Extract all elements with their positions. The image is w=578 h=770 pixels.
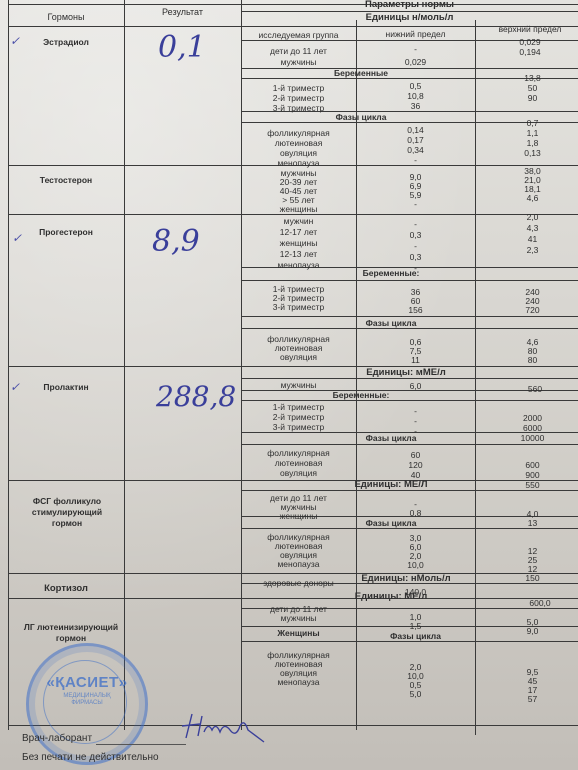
lower-value: 0,14 — [356, 125, 475, 135]
doctor-label: Врач-лаборант — [22, 733, 92, 744]
stamp-sub1: МЕДИЦИНАЛЫҚ — [63, 693, 110, 699]
group-label: женщины — [241, 204, 356, 214]
row-line — [241, 316, 578, 317]
group-label: лютеиновая — [241, 458, 356, 468]
section-title: Фазы цикла — [356, 631, 475, 641]
row-line — [241, 490, 578, 491]
group-label: мужчины — [241, 380, 356, 390]
upper-value: 41 — [475, 234, 578, 244]
result-prolactin: 288,8 — [156, 380, 236, 413]
upper-value: 90 — [475, 93, 578, 103]
group-label: мужчины — [241, 613, 356, 623]
upper-value: 9,0 — [475, 626, 578, 636]
upper-value: 0,7 — [475, 118, 578, 128]
lower-value: 156 — [356, 305, 475, 315]
units-header: Единицы: мМЕ/л — [241, 368, 571, 378]
lower-value: 0,34 — [356, 145, 475, 155]
lower-value: - — [356, 416, 475, 426]
group-label: менопауза — [241, 677, 356, 687]
result-progesterone: 8,9 — [152, 224, 200, 259]
group-label: овуляция — [241, 468, 356, 478]
group-label: менопауза — [241, 260, 356, 270]
lower-value: 10,0 — [356, 560, 475, 570]
group-label: лютеиновая — [241, 138, 356, 148]
group-label: 3-й триместр — [241, 422, 356, 432]
lower-value: - — [356, 44, 475, 54]
column-header-result: Результат — [124, 7, 241, 17]
group-label: 2-й триместр — [241, 412, 356, 422]
lower-value: 40 — [356, 470, 475, 480]
column-header-group: исследуемая группа — [241, 30, 356, 40]
clinic-stamp: «ҚАСИЕТ» МЕДИЦИНАЛЫҚФИРМАСЫ — [26, 643, 148, 765]
hormone-lh: ЛГ лютеинизирующий гормон — [18, 622, 124, 644]
section-title: Фазы цикла — [241, 318, 541, 328]
group-label: мужчины — [241, 57, 356, 67]
group-label: менопауза — [241, 559, 356, 569]
lower-value: 5,0 — [356, 689, 475, 699]
lower-value: 11 — [356, 355, 475, 365]
hormone-prolactin: Пролактин — [8, 382, 124, 392]
lower-value: 60 — [356, 450, 475, 460]
lower-value: - — [356, 263, 475, 273]
units-header: Единицы: МЕ/л — [241, 592, 541, 602]
row-line — [241, 528, 578, 529]
upper-value: 0,13 — [475, 148, 578, 158]
section-title: Беременные: — [241, 390, 481, 400]
upper-value: 1,8 — [475, 138, 578, 148]
upper-value: 80 — [475, 355, 578, 365]
group-label: фолликулярная — [241, 448, 356, 458]
lower-value: 0,029 — [356, 57, 475, 67]
lower-value: 10,8 — [356, 91, 475, 101]
upper-value: 720 — [475, 305, 578, 315]
group-label: 12-13 лет — [241, 249, 356, 259]
hormone-fsh: ФСГ фолликуло стимулирующий гормон — [22, 496, 112, 529]
group-label: 2-й триместр — [241, 93, 356, 103]
doctor-signature — [178, 708, 268, 748]
row-line — [241, 328, 578, 329]
group-label: 3-й триместр — [241, 103, 356, 113]
lower-value: 1,5 — [356, 621, 475, 631]
lower-value: 0,8 — [356, 508, 475, 518]
result-estradiol: 0,1 — [158, 30, 206, 65]
upper-value: 0,194 — [475, 47, 578, 57]
lower-value: 0,3 — [356, 230, 475, 240]
section-title: Фазы цикла — [241, 112, 481, 122]
validity-note: Без печати не действительно — [22, 752, 159, 763]
units-nmol-header: Единицы н/моль/л — [241, 13, 578, 23]
row-line — [241, 444, 578, 445]
upper-value: 560 — [475, 384, 578, 394]
upper-value: 2000 — [475, 413, 578, 423]
group-label: 1-й триместр — [241, 83, 356, 93]
lower-value: 0,3 — [356, 252, 475, 262]
hormone-testosterone: Тестостерон — [8, 175, 124, 185]
upper-value: 13 — [475, 518, 578, 528]
group-label: 3-й триместр — [241, 302, 356, 312]
upper-value: 150 — [475, 573, 578, 583]
upper-value: 0,029 — [475, 37, 578, 47]
hormone-cortisol: Кортизол — [8, 584, 124, 594]
group-label: здоровые доноры — [241, 578, 356, 588]
lower-value: 0,5 — [356, 81, 475, 91]
group-label: дети до 11 лет — [241, 46, 356, 56]
lower-value: 120 — [356, 460, 475, 470]
column-header-hormones: Гормоны — [8, 12, 124, 22]
group-label: менопауза — [241, 158, 356, 168]
upper-value: 4,3 — [475, 223, 578, 233]
group-label: женщины — [241, 238, 356, 248]
group-label: мужчин — [241, 216, 356, 226]
upper-value: 6000 — [475, 423, 578, 433]
column-header-upper: верхний предел — [475, 24, 578, 34]
upper-value: 900 — [475, 470, 578, 480]
lower-value: - — [356, 199, 475, 209]
upper-value: 13,8 — [475, 73, 578, 83]
group-label: женщины — [241, 511, 356, 521]
group-label: 1-й триместр — [241, 402, 356, 412]
lower-value: - — [356, 426, 475, 436]
lower-value: - — [356, 406, 475, 416]
lower-value: - — [356, 241, 475, 251]
stamp-sub2: ФИРМАСЫ — [71, 700, 102, 706]
group-label: фолликулярная — [241, 128, 356, 138]
row-line — [241, 280, 578, 281]
lower-value: - — [356, 219, 475, 229]
group-label: овуляция — [241, 352, 356, 362]
group-label: 12-17 лет — [241, 227, 356, 237]
group-label: Женщины — [241, 628, 356, 638]
signature-line — [96, 744, 186, 745]
upper-value: 2,3 — [475, 245, 578, 255]
lower-value: 36 — [356, 101, 475, 111]
lower-value: 0,17 — [356, 135, 475, 145]
upper-value: 1,1 — [475, 128, 578, 138]
norm-params-title: Параметры нормы — [241, 0, 578, 10]
group-label: овуляция — [241, 148, 356, 158]
upper-value: 10000 — [475, 433, 578, 443]
upper-value: 50 — [475, 83, 578, 93]
section-title: Беременные — [241, 68, 481, 78]
row-line — [241, 400, 578, 401]
upper-value: 550 — [475, 480, 578, 490]
upper-value: 2,0 — [475, 212, 578, 222]
column-divider-hormones — [124, 0, 125, 730]
column-header-lower: нижний предел — [356, 29, 475, 39]
stamp-subtitle: МЕДИЦИНАЛЫҚФИРМАСЫ — [29, 693, 145, 707]
hormone-estradiol: Эстрадиол — [8, 37, 124, 47]
upper-value: 57 — [475, 694, 578, 704]
stamp-clinic-name: «ҚАСИЕТ» — [29, 674, 145, 691]
lower-value: - — [356, 155, 475, 165]
row-line — [8, 366, 578, 367]
row-line — [241, 641, 578, 642]
upper-value: 4,6 — [475, 193, 578, 203]
hormone-progesterone: Прогестерон — [8, 227, 124, 237]
table-border-left — [8, 0, 9, 730]
row-line — [241, 378, 578, 379]
upper-value: 600 — [475, 460, 578, 470]
